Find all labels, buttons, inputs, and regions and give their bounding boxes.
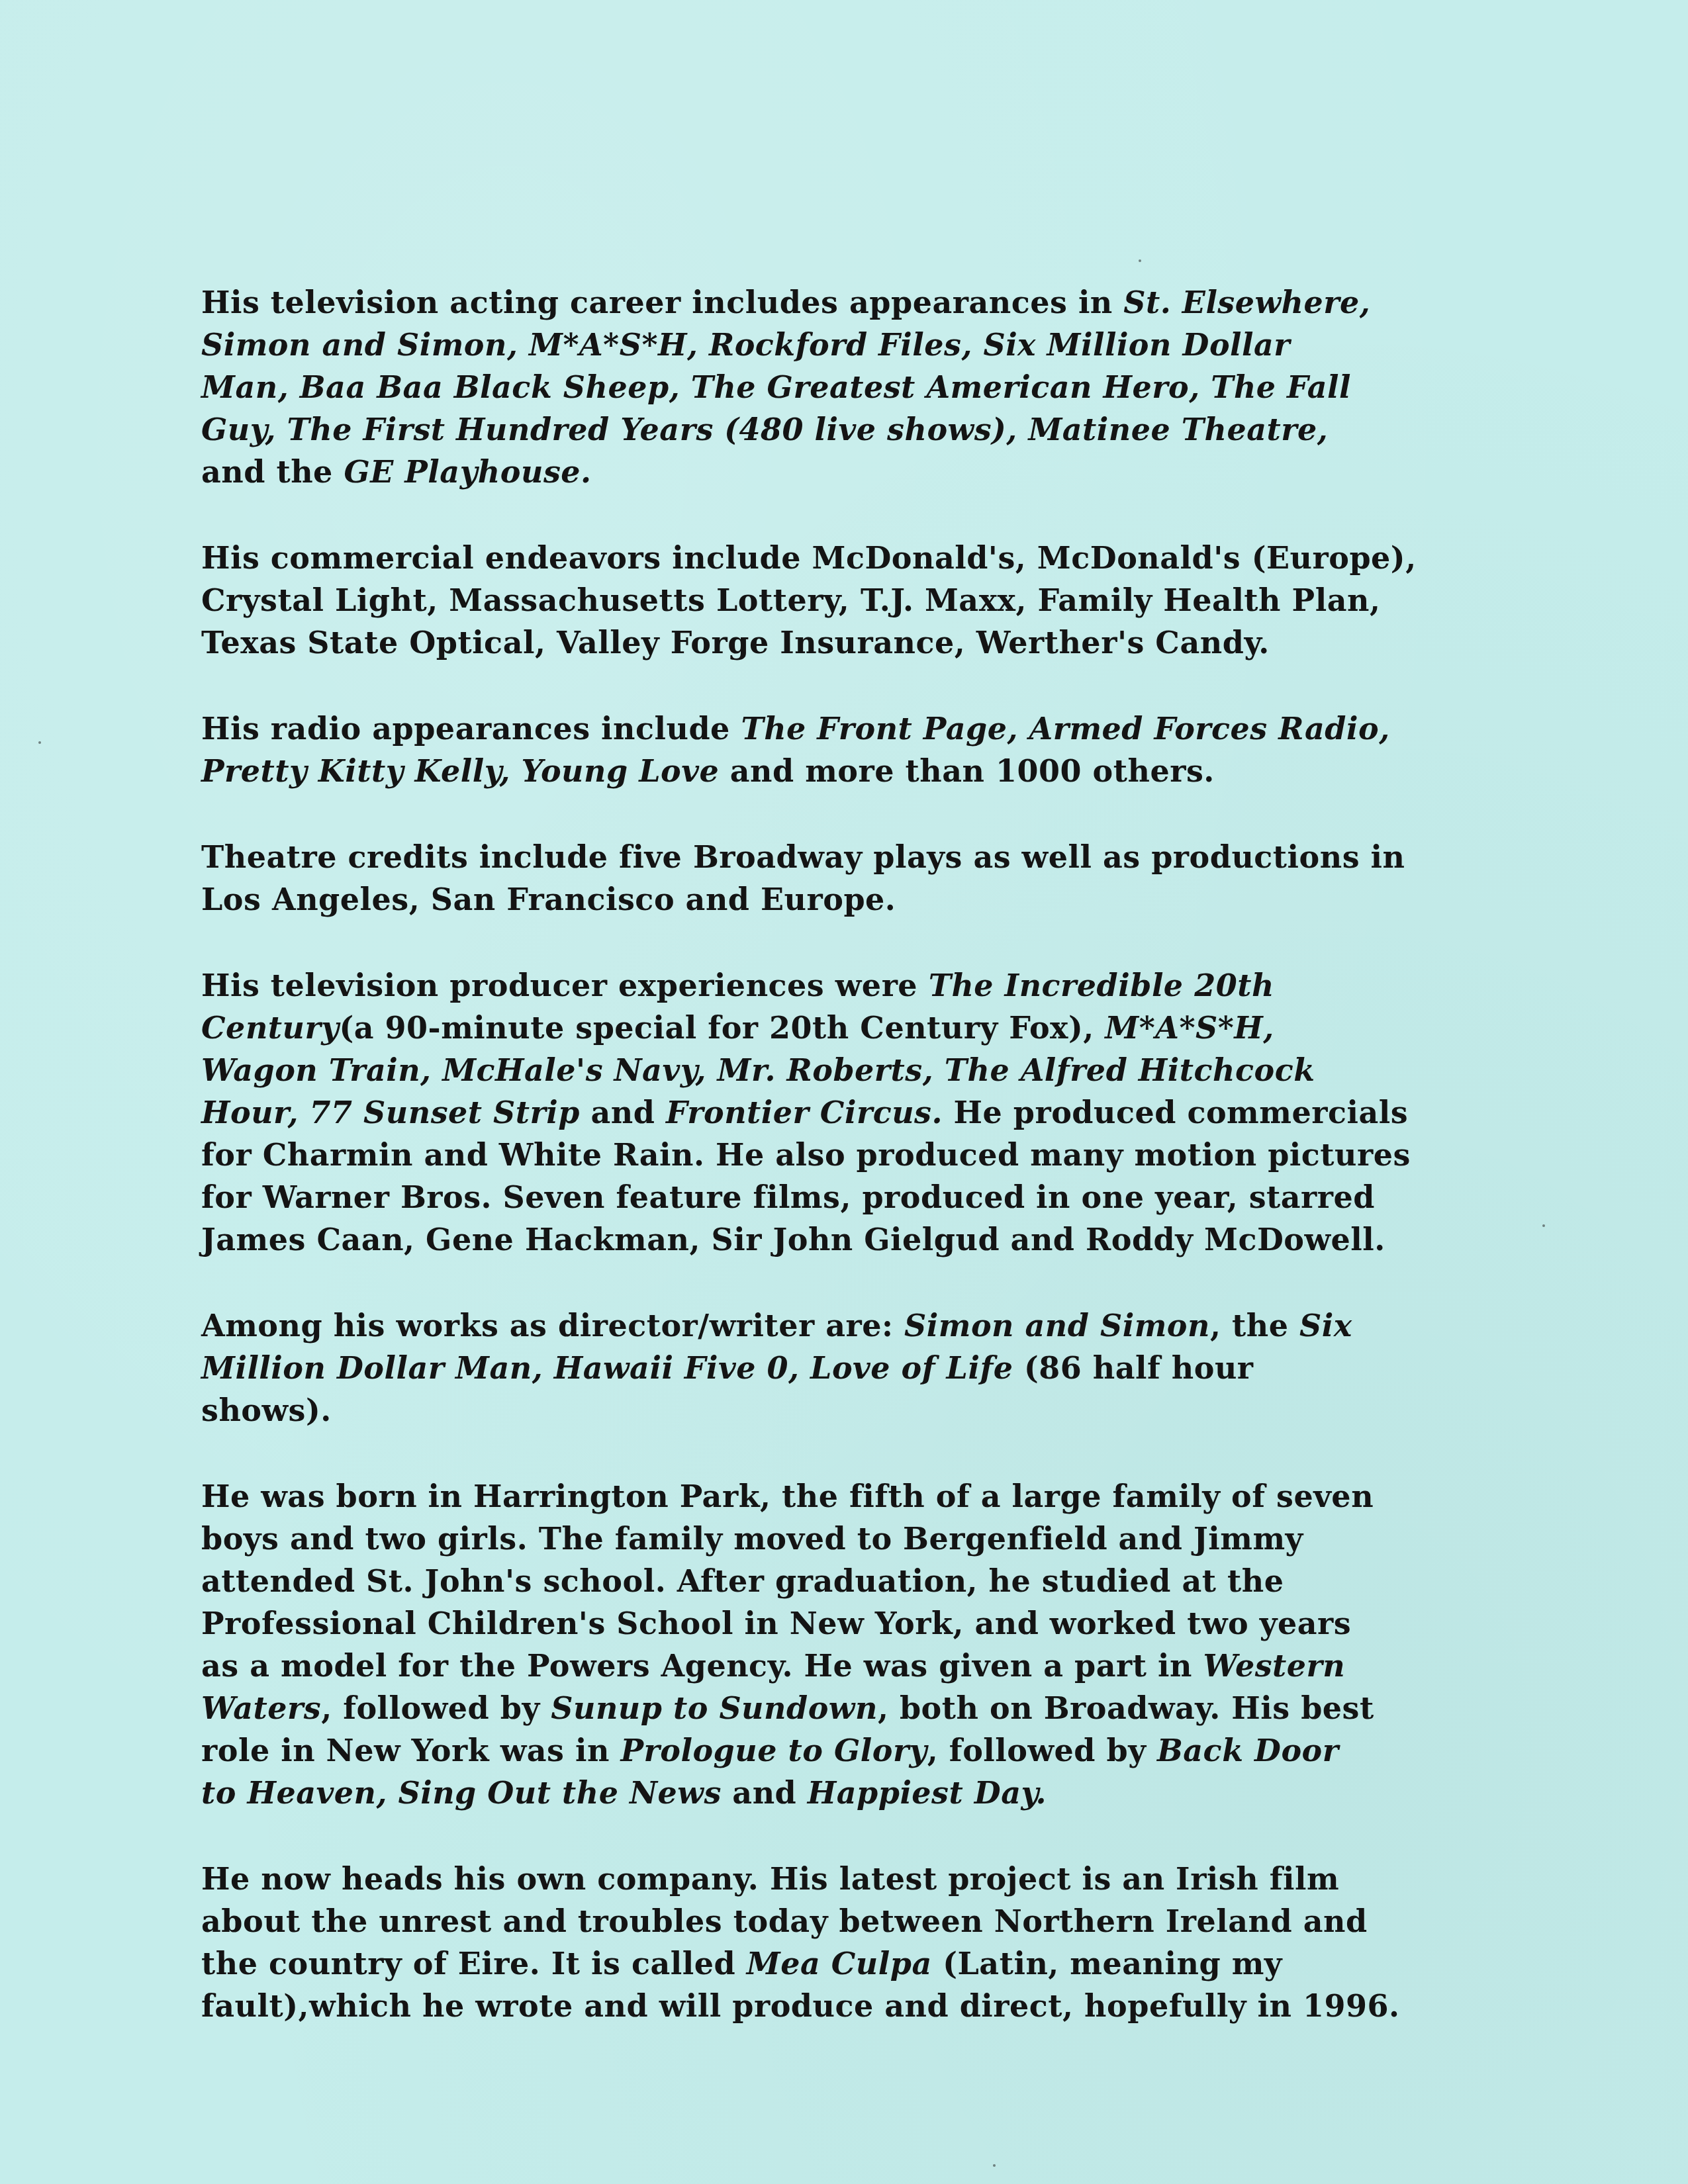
italic-title: Prologue to Glory — [620, 1733, 927, 1768]
text-line: Century(a 90-minute special for 20th Cen… — [201, 1007, 1525, 1049]
italic-title: The Front Page, Armed Forces Radio, — [741, 711, 1389, 747]
italic-title: St. Elsewhere, — [1123, 285, 1370, 320]
text-line: His television producer experiences were… — [201, 964, 1525, 1007]
paragraph-tv-producer: His television producer experiences were… — [201, 964, 1525, 1261]
paragraph-radio: His radio appearances include The Front … — [201, 707, 1525, 792]
text-line: Los Angeles, San Francisco and Europe. — [201, 878, 1525, 921]
scan-speck — [1139, 259, 1141, 262]
text-line: for Warner Bros. Seven feature films, pr… — [201, 1176, 1525, 1218]
scan-speck — [1542, 1224, 1545, 1227]
text-run: Texas State Optical, Valley Forge Insura… — [201, 625, 1270, 660]
text-line: His radio appearances include The Front … — [201, 707, 1525, 750]
italic-title: Western — [1203, 1648, 1345, 1684]
text-line: Professional Children's School in New Yo… — [201, 1602, 1525, 1645]
text-line: for Charmin and White Rain. He also prod… — [201, 1134, 1525, 1176]
paragraph-theatre: Theatre credits include five Broadway pl… — [201, 836, 1525, 921]
text-run: and the — [201, 454, 344, 490]
italic-title: Six — [1299, 1308, 1352, 1343]
italic-title: M*A*S*H, — [1105, 1010, 1274, 1046]
italic-title: Guy, The First Hundred Years (480 live s… — [201, 412, 1328, 447]
scan-speck — [38, 741, 41, 744]
text-line: boys and two girls. The family moved to … — [201, 1518, 1525, 1560]
text-line: His commercial endeavors include McDonal… — [201, 537, 1525, 579]
text-run: (a 90-minute special for 20th Century Fo… — [339, 1010, 1105, 1046]
text-line: Man, Baa Baa Black Sheep, The Greatest A… — [201, 366, 1525, 408]
text-run: He now heads his own company. His latest… — [201, 1861, 1339, 1897]
text-line: Pretty Kitty Kelly, Young Love and more … — [201, 750, 1525, 792]
italic-title: Simon and Simon — [904, 1308, 1210, 1343]
paragraph-biography: He was born in Harrington Park, the fift… — [201, 1475, 1525, 1814]
text-run: and — [722, 1775, 808, 1811]
italic-title: Mea Culpa — [747, 1946, 932, 1981]
italic-title: Hour, 77 Sunset Strip — [201, 1095, 580, 1130]
italic-title: to Heaven, Sing Out the News — [201, 1775, 722, 1811]
text-run: Among his works as director/writer are: — [201, 1308, 904, 1343]
text-line: fault),which he wrote and will produce a… — [201, 1985, 1525, 2027]
italic-title: Pretty Kitty Kelly, Young Love — [201, 753, 719, 789]
italic-title: Million Dollar Man, Hawaii Five 0, Love … — [201, 1350, 1013, 1386]
text-run: for Charmin and White Rain. He also prod… — [201, 1137, 1411, 1173]
text-line: role in New York was in Prologue to Glor… — [201, 1729, 1525, 1772]
italic-title: Wagon Train, McHale's Navy, Mr. Roberts,… — [201, 1052, 1315, 1088]
italic-title: Frontier Circus. — [666, 1095, 943, 1130]
paragraph-director-writer: Among his works as director/writer are: … — [201, 1304, 1525, 1432]
text-run: about the unrest and troubles today betw… — [201, 1903, 1368, 1939]
text-line: His television acting career includes ap… — [201, 281, 1525, 324]
text-run: and more than 1000 others. — [719, 753, 1215, 789]
text-run: James Caan, Gene Hackman, Sir John Gielg… — [201, 1222, 1385, 1257]
text-line: Guy, The First Hundred Years (480 live s… — [201, 408, 1525, 451]
text-line: He was born in Harrington Park, the fift… — [201, 1475, 1525, 1518]
text-line: Among his works as director/writer are: … — [201, 1304, 1525, 1347]
text-run: Los Angeles, San Francisco and Europe. — [201, 882, 896, 917]
italic-title: Simon and Simon, M*A*S*H, Rockford Files… — [201, 327, 1290, 363]
text-run: role in New York was in — [201, 1733, 620, 1768]
text-line: and the GE Playhouse. — [201, 451, 1525, 493]
text-line: Crystal Light, Massachusetts Lottery, T.… — [201, 579, 1525, 621]
text-line: Million Dollar Man, Hawaii Five 0, Love … — [201, 1347, 1525, 1389]
text-run: (86 half hour — [1013, 1350, 1253, 1386]
document-body: His television acting career includes ap… — [201, 281, 1525, 2071]
italic-title: Sunup to Sundown — [551, 1690, 878, 1726]
text-line: Waters, followed by Sunup to Sundown, bo… — [201, 1687, 1525, 1729]
text-line: Hour, 77 Sunset Strip and Frontier Circu… — [201, 1091, 1525, 1134]
text-line: shows). — [201, 1389, 1525, 1432]
paragraph-current-project: He now heads his own company. His latest… — [201, 1858, 1525, 2027]
italic-title: Happiest Day. — [808, 1775, 1047, 1811]
text-run: , followed by — [927, 1733, 1157, 1768]
text-run: His television acting career includes ap… — [201, 285, 1123, 320]
text-line: Simon and Simon, M*A*S*H, Rockford Files… — [201, 324, 1525, 366]
italic-title: Waters — [201, 1690, 321, 1726]
text-run: fault),which he wrote and will produce a… — [201, 1988, 1400, 2024]
italic-title: The Incredible 20th — [929, 968, 1274, 1003]
text-run: Crystal Light, Massachusetts Lottery, T.… — [201, 582, 1380, 618]
paragraph-tv-acting: His television acting career includes ap… — [201, 281, 1525, 493]
italic-title: Man, Baa Baa Black Sheep, The Greatest A… — [201, 369, 1351, 405]
text-line: Theatre credits include five Broadway pl… — [201, 836, 1525, 878]
text-line: as a model for the Powers Agency. He was… — [201, 1645, 1525, 1687]
text-line: to Heaven, Sing Out the News and Happies… — [201, 1772, 1525, 1814]
italic-title: GE Playhouse. — [344, 454, 591, 490]
text-run: the country of Eire. It is called — [201, 1946, 747, 1981]
text-run: attended St. John's school. After gradua… — [201, 1563, 1284, 1599]
text-run: as a model for the Powers Agency. He was… — [201, 1648, 1203, 1684]
text-line: the country of Eire. It is called Mea Cu… — [201, 1942, 1525, 1985]
text-run: Theatre credits include five Broadway pl… — [201, 839, 1405, 875]
text-run: , followed by — [321, 1690, 551, 1726]
text-run: for Warner Bros. Seven feature films, pr… — [201, 1179, 1375, 1215]
italic-title: Back Door — [1157, 1733, 1339, 1768]
text-run: , both on Broadway. His best — [878, 1690, 1374, 1726]
text-line: Wagon Train, McHale's Navy, Mr. Roberts,… — [201, 1049, 1525, 1091]
text-run: He was born in Harrington Park, the fift… — [201, 1479, 1374, 1514]
text-line: about the unrest and troubles today betw… — [201, 1900, 1525, 1942]
text-run: , the — [1210, 1308, 1299, 1343]
scan-speck — [993, 2164, 996, 2167]
italic-title: Century — [201, 1010, 339, 1046]
text-line: He now heads his own company. His latest… — [201, 1858, 1525, 1900]
text-run: shows). — [201, 1392, 332, 1428]
text-run: boys and two girls. The family moved to … — [201, 1521, 1303, 1557]
text-run: (Latin, meaning my — [932, 1946, 1282, 1981]
text-line: James Caan, Gene Hackman, Sir John Gielg… — [201, 1218, 1525, 1261]
text-run: He produced commercials — [943, 1095, 1408, 1130]
text-run: and — [580, 1095, 666, 1130]
text-line: Texas State Optical, Valley Forge Insura… — [201, 621, 1525, 664]
text-run: His commercial endeavors include McDonal… — [201, 540, 1417, 576]
paragraph-commercial: His commercial endeavors include McDonal… — [201, 537, 1525, 664]
text-run: His television producer experiences were — [201, 968, 929, 1003]
text-run: Professional Children's School in New Yo… — [201, 1606, 1351, 1641]
text-run: His radio appearances include — [201, 711, 741, 747]
paper-page: His television acting career includes ap… — [0, 0, 1688, 2184]
text-line: attended St. John's school. After gradua… — [201, 1560, 1525, 1602]
